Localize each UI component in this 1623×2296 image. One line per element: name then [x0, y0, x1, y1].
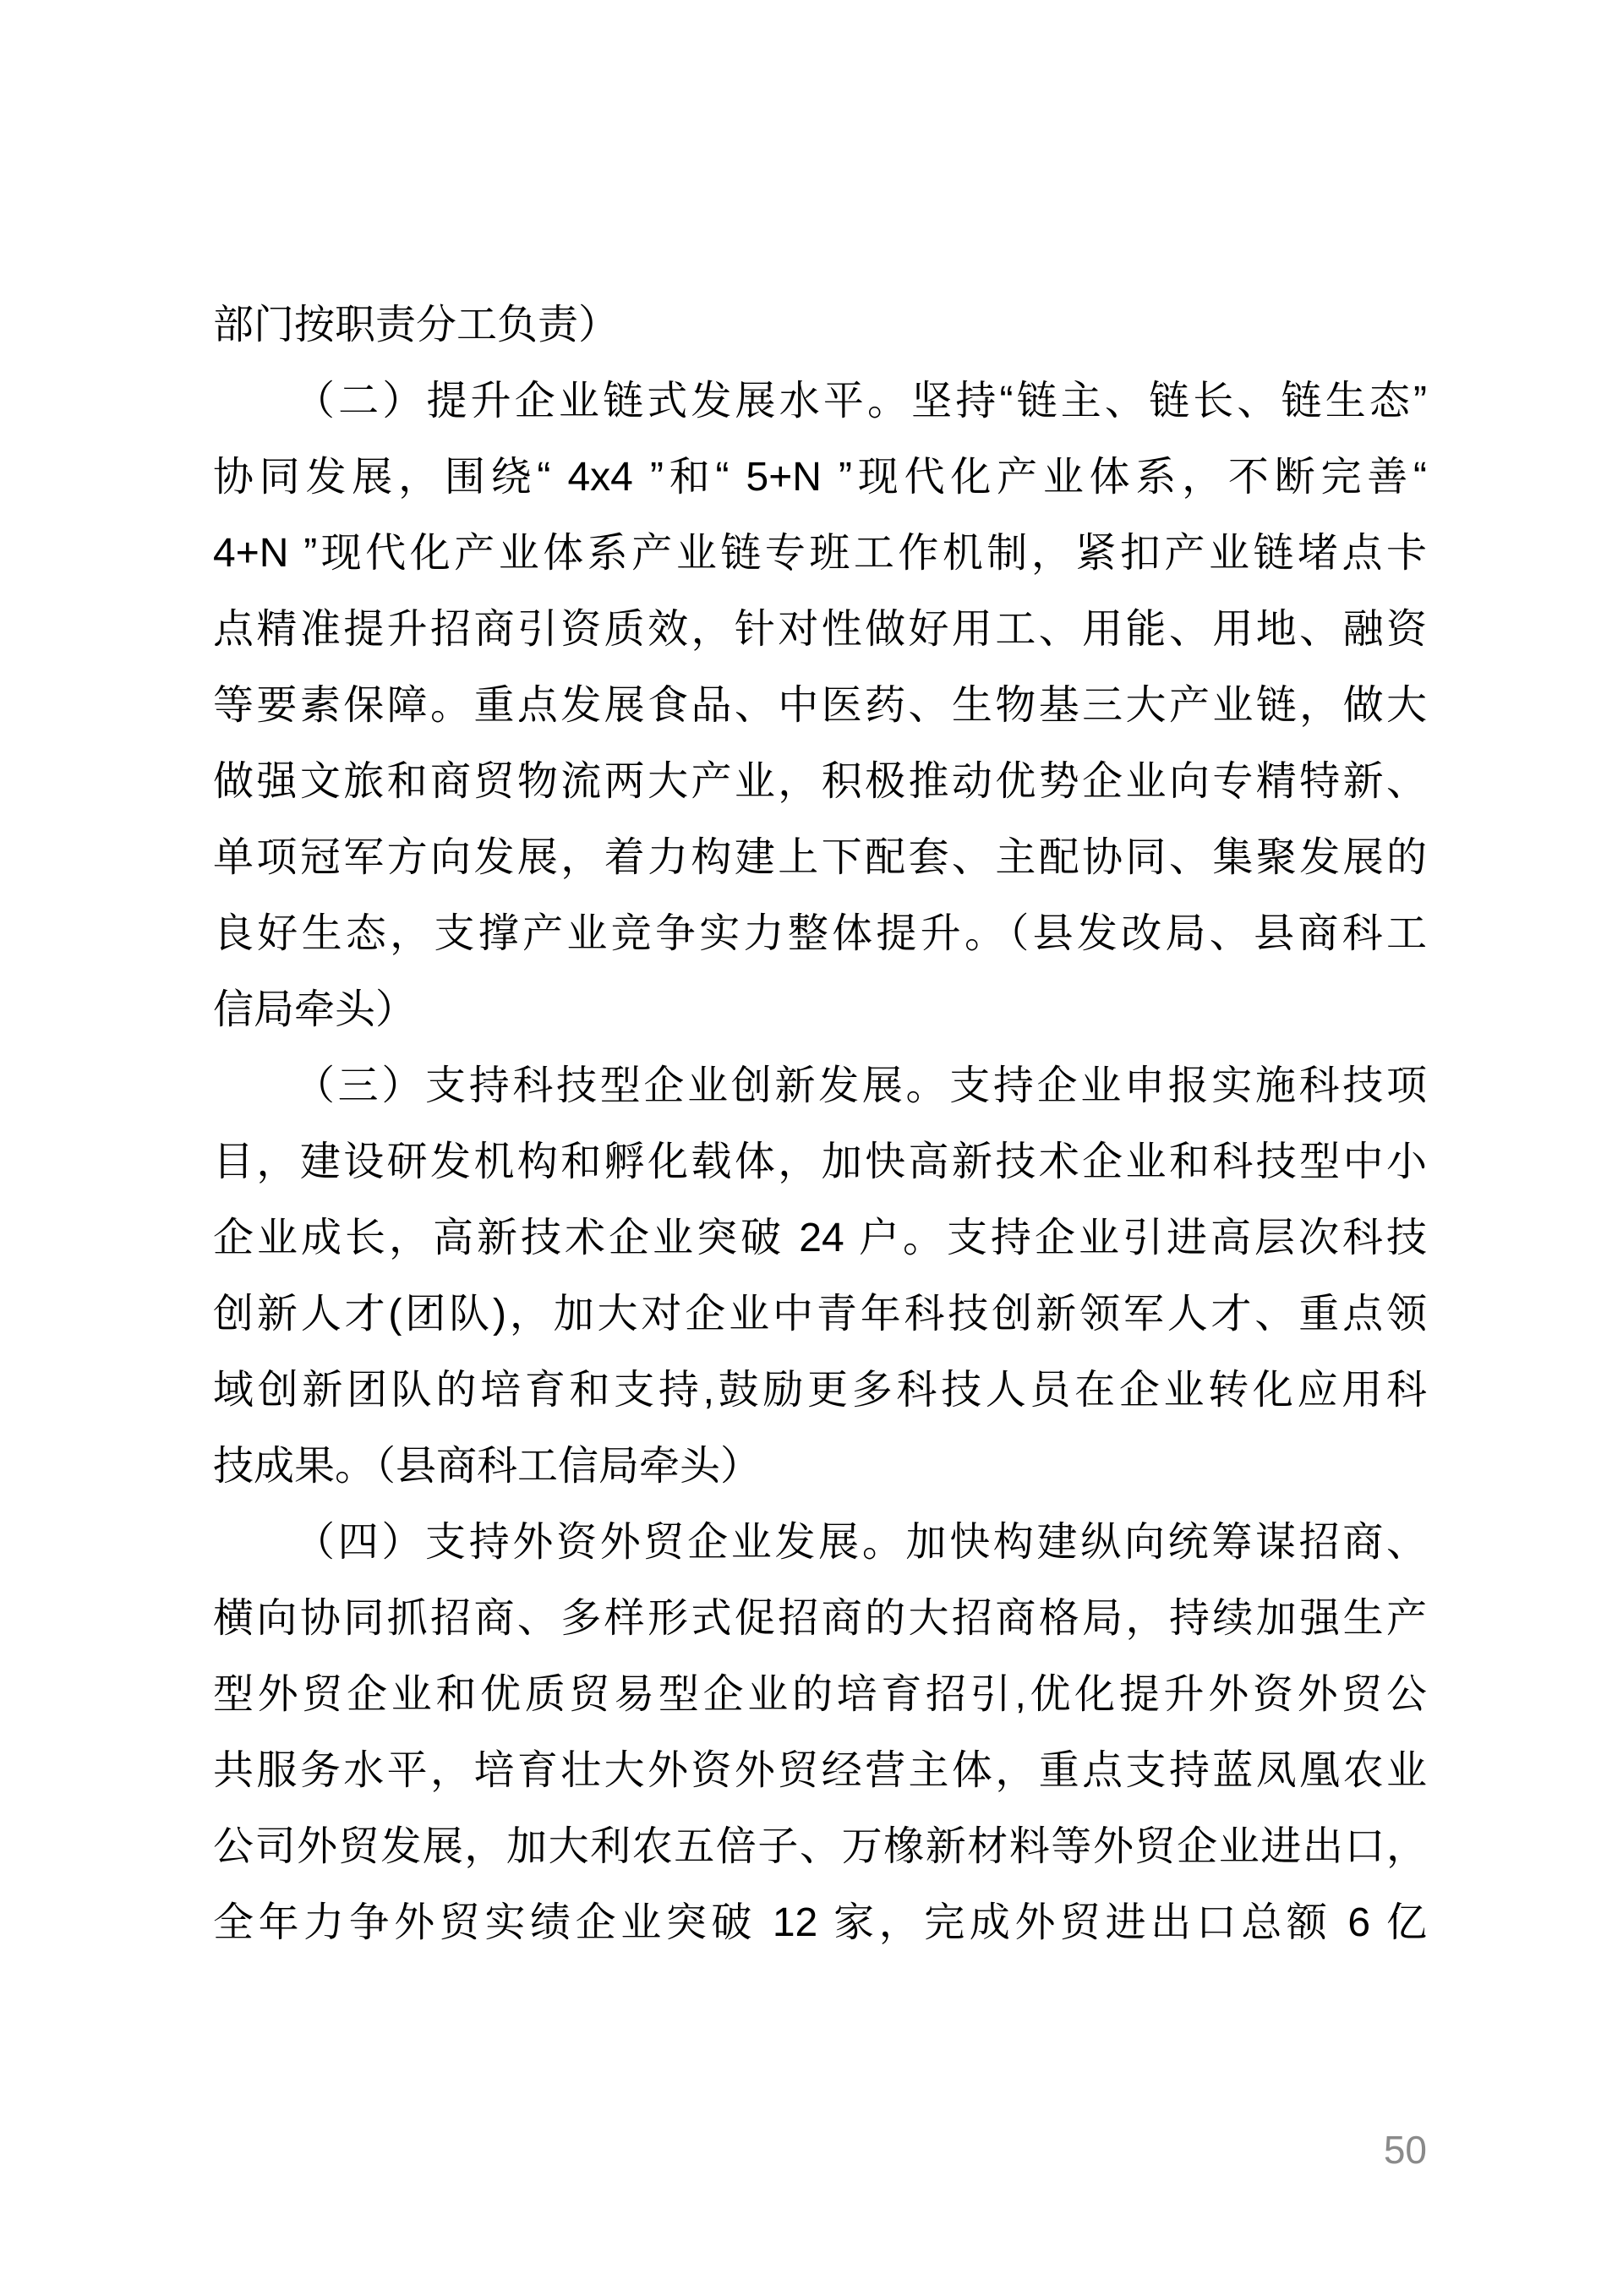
text-line: 技成果。（县商科工信局牵头）	[213, 1429, 1427, 1505]
text-line: 域创新团队的培育和支持,鼓励更多科技人员在企业转化应用科	[213, 1353, 1427, 1429]
text-line: 良好生态，支撑产业竞争实力整体提升。（县发改局、县商科工	[213, 896, 1427, 972]
page-number: 50	[213, 2129, 1427, 2171]
text-line: 全年力争外贸实绩企业突破 12 家，完成外贸进出口总额 6 亿	[213, 1885, 1427, 1961]
text-line: （二）提升企业链式发展水平。坚持“链主、链长、链生态”	[213, 364, 1427, 440]
text-line: 型外贸企业和优质贸易型企业的培育招引,优化提升外资外贸公	[213, 1657, 1427, 1733]
text-line: 4+N ”现代化产业体系产业链专班工作机制，紧扣产业链堵点卡	[213, 516, 1427, 592]
text-line: 共服务水平，培育壮大外资外贸经营主体，重点支持蓝凤凰农业	[213, 1733, 1427, 1809]
document-text-block: 部门按职责分工负责）（二）提升企业链式发展水平。坚持“链主、链长、链生态”协同发…	[213, 287, 1427, 1961]
text-line: 协同发展，围绕“ 4x4 ”和“ 5+N ”现代化产业体系，不断完善“	[213, 440, 1427, 516]
text-line: 创新人才(团队)，加大对企业中青年科技创新领军人才、重点领	[213, 1276, 1427, 1353]
text-line: 做强文旅和商贸物流两大产业，积极推动优势企业向专精特新、	[213, 744, 1427, 820]
text-line: 单项冠军方向发展，着力构建上下配套、主配协同、集聚发展的	[213, 820, 1427, 896]
text-line: 部门按职责分工负责）	[213, 287, 1427, 364]
text-line: 公司外贸发展，加大利农五倍子、万橡新材料等外贸企业进出口，	[213, 1809, 1427, 1885]
text-line: 等要素保障。重点发展食品、中医药、生物基三大产业链，做大	[213, 668, 1427, 744]
text-line: 横向协同抓招商、多样形式促招商的大招商格局，持续加强生产	[213, 1581, 1427, 1657]
document-page: 部门按职责分工负责）（二）提升企业链式发展水平。坚持“链主、链长、链生态”协同发…	[0, 0, 1623, 2296]
text-line: （四）支持外资外贸企业发展。加快构建纵向统筹谋招商、	[213, 1505, 1427, 1581]
text-line: 企业成长，高新技术企业突破 24 户。支持企业引进高层次科技	[213, 1200, 1427, 1276]
text-line: 目，建设研发机构和孵化载体，加快高新技术企业和科技型中小	[213, 1124, 1427, 1200]
text-line: 信局牵头）	[213, 972, 1427, 1048]
text-line: 点精准提升招商引资质效，针对性做好用工、用能、用地、融资	[213, 592, 1427, 668]
text-line: （三）支持科技型企业创新发展。支持企业申报实施科技项	[213, 1048, 1427, 1124]
